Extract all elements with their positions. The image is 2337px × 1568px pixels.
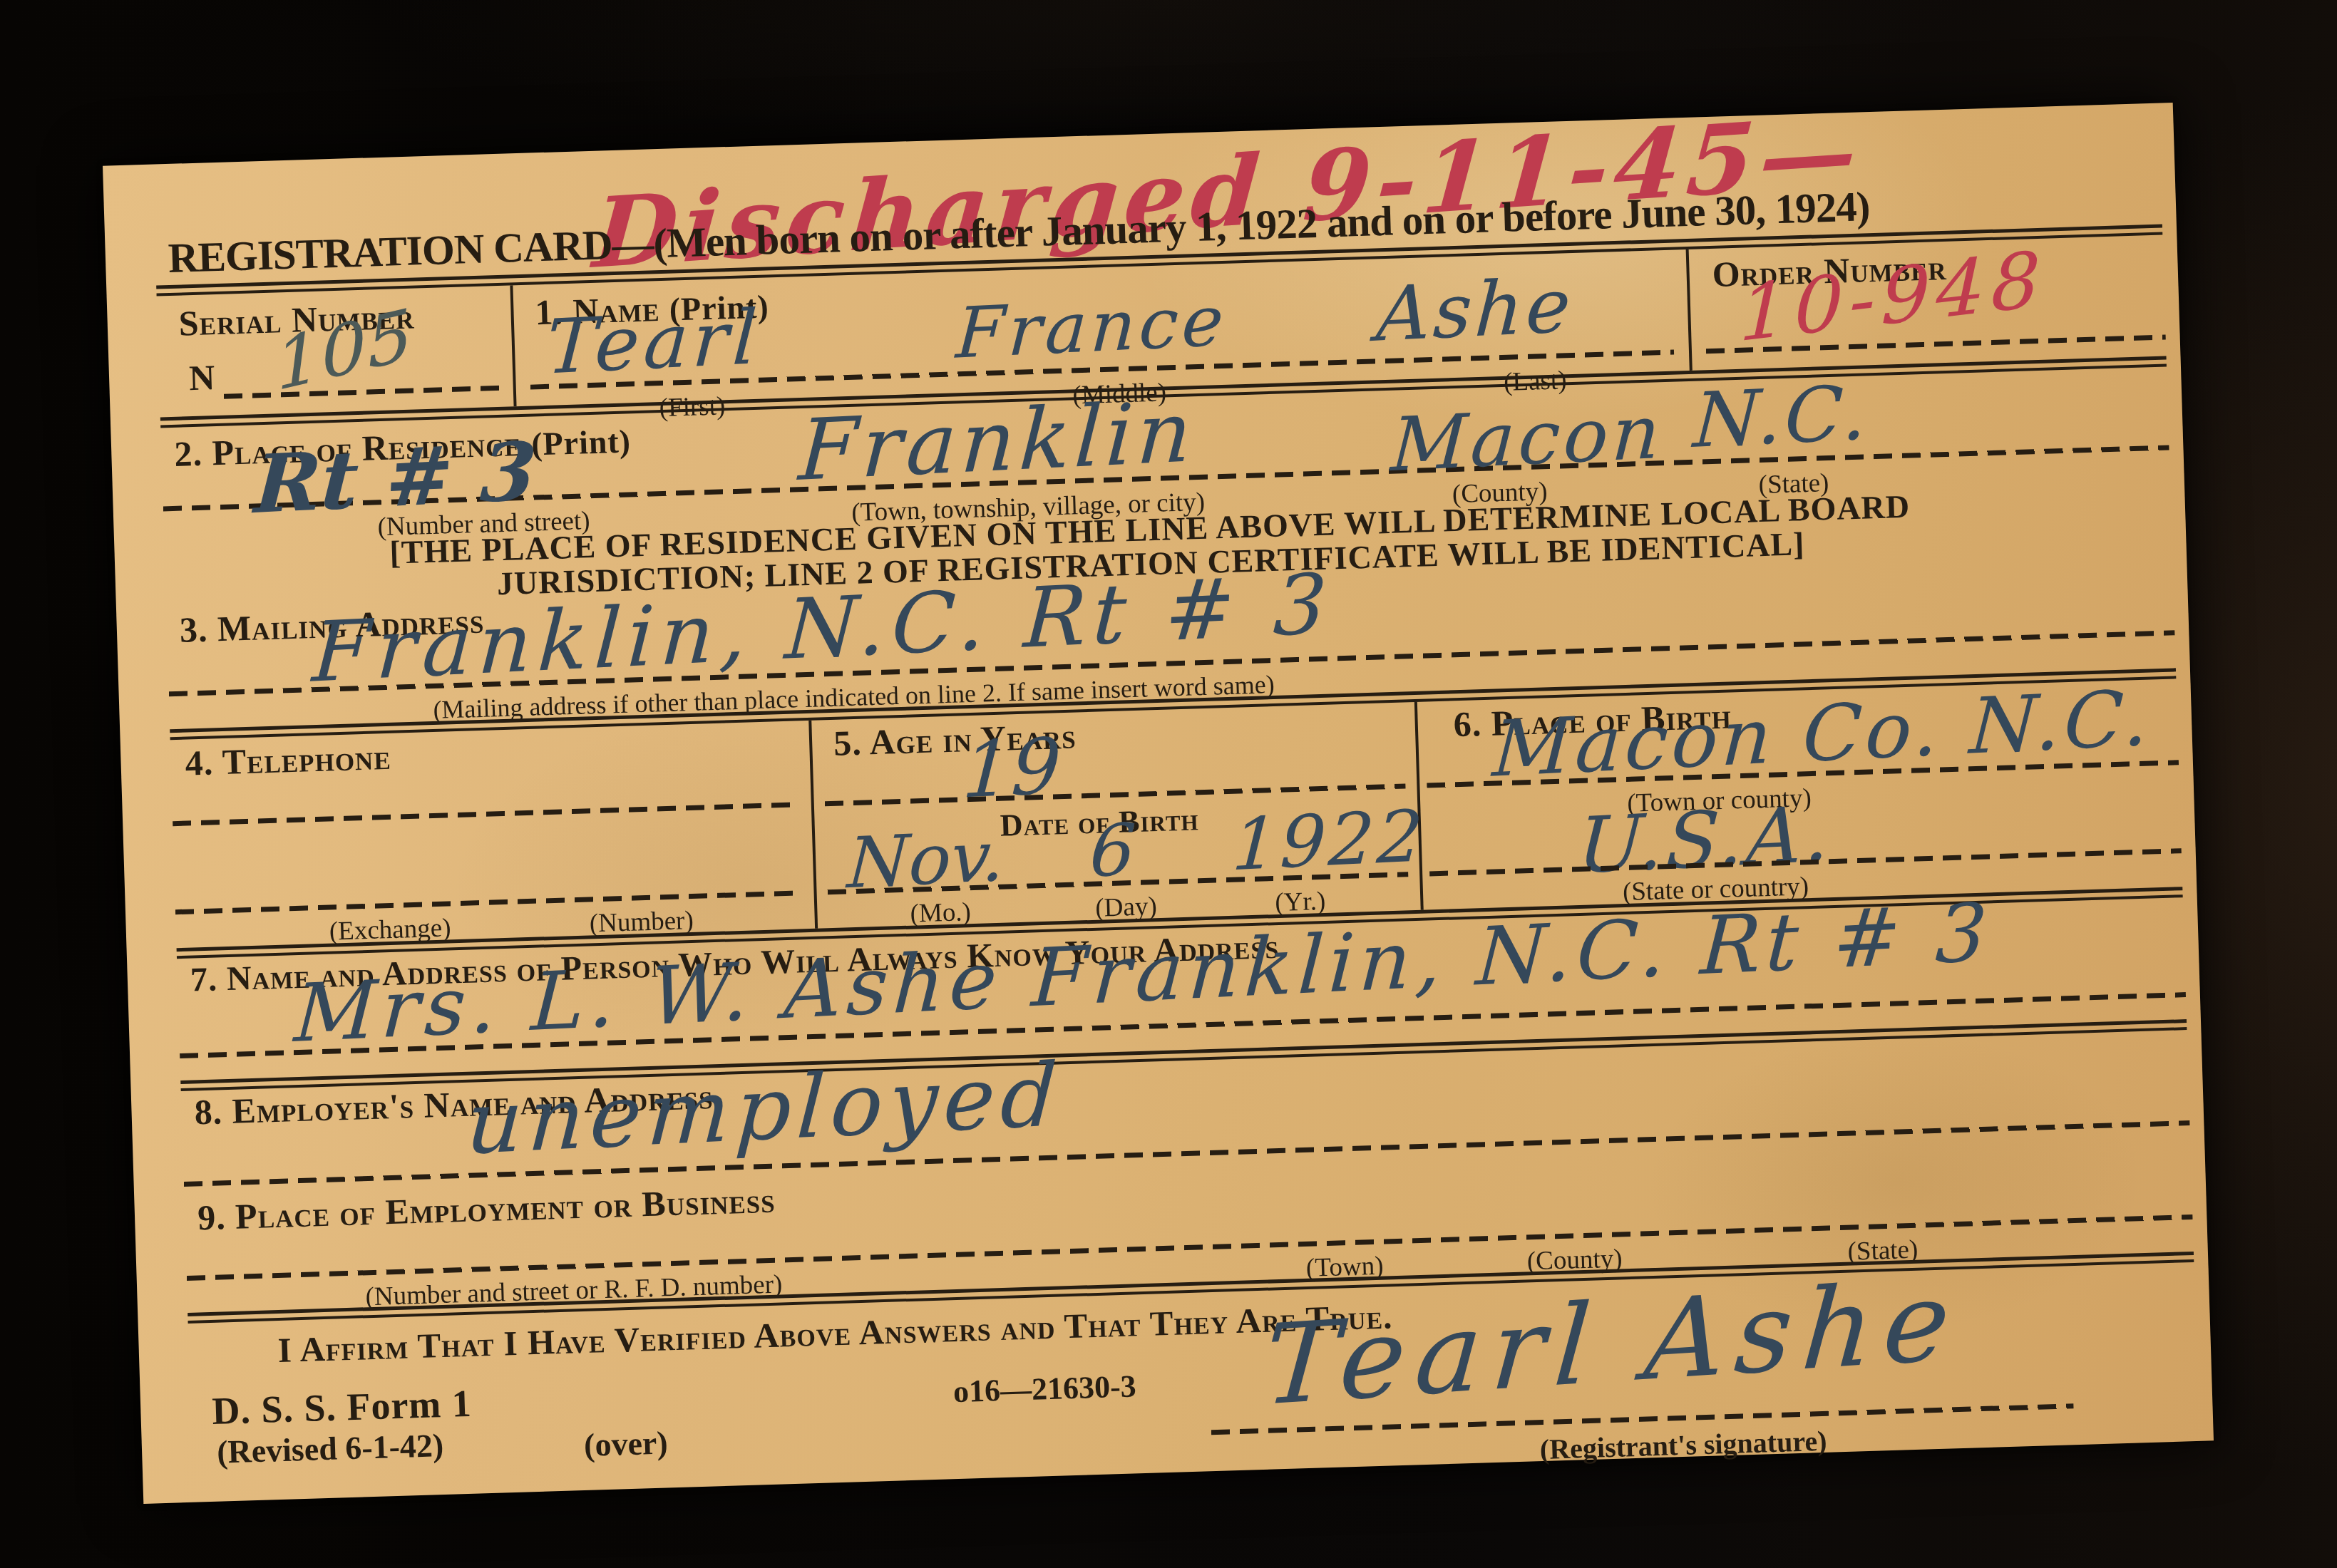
age-value: 19 — [960, 722, 1064, 816]
print-code: o16—21630-3 — [952, 1368, 1136, 1410]
employer-label-number: 8. — [194, 1091, 223, 1132]
employment-label-number: 9. — [197, 1197, 226, 1237]
employment-label: Place of Employment or Business — [235, 1180, 776, 1237]
birth-label-number: 6. — [1453, 703, 1482, 744]
contact-label-number: 7. — [190, 960, 218, 999]
age-label-number: 5. — [833, 723, 862, 763]
telephone-mid-line — [173, 802, 800, 826]
telephone-label: Telephone — [222, 737, 391, 782]
name-last-value: Ashe — [1375, 262, 1576, 358]
mailing-label-number: 3. — [179, 609, 208, 650]
row1-divider-2 — [1686, 249, 1693, 371]
employer-value: unemployed — [464, 1044, 1065, 1174]
serial-prefix: N — [188, 356, 215, 398]
photo-background: Discharged 9-11-45— REGISTRATION CARD—(M… — [0, 0, 2337, 1568]
name-middle-value: France — [954, 280, 1229, 374]
residence-county-value: Macon — [1389, 388, 1666, 489]
signature-caption: (Registrant's signature) — [1539, 1424, 1827, 1466]
form-number: D. S. S. Form 1 — [211, 1381, 472, 1433]
residence-town-value: Franklin — [796, 382, 1198, 500]
registration-card: Discharged 9-11-45— REGISTRATION CARD—(M… — [103, 103, 2214, 1504]
residence-label-number: 2. — [174, 433, 203, 474]
residence-state-value: N.C. — [1691, 368, 1872, 465]
telephone-bottom-line — [175, 890, 803, 914]
row456-divider-1 — [808, 721, 818, 929]
row1-divider-1 — [510, 285, 516, 406]
serial-line — [224, 386, 502, 399]
over-note: (over) — [583, 1423, 668, 1464]
name-first-value: Tearl — [544, 294, 764, 391]
form-revision: (Revised 6-1-42) — [216, 1426, 444, 1471]
residence-label-suffix: (Print) — [530, 423, 631, 462]
telephone-label-number: 4. — [185, 742, 214, 783]
